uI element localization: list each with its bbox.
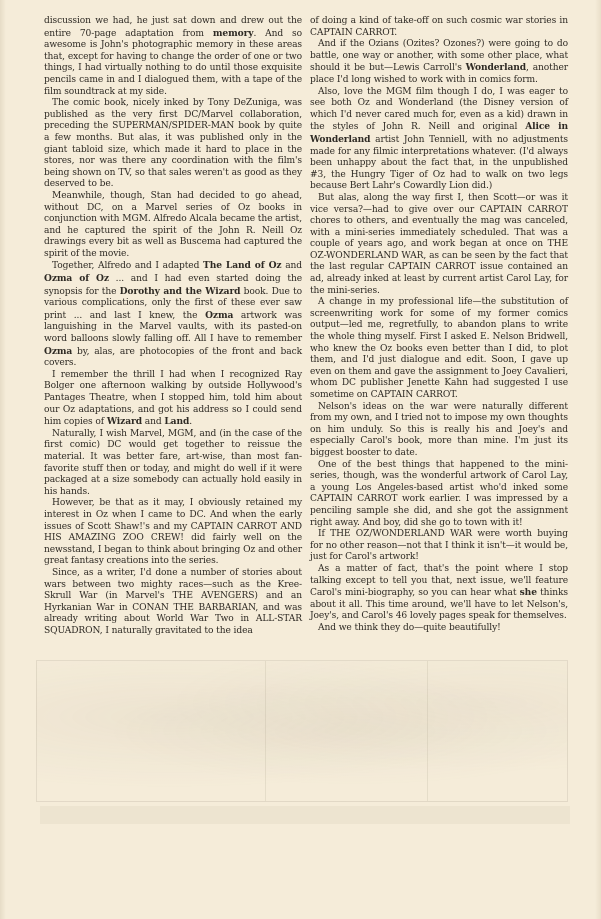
paragraph: discussion we had, he just sat down and … [44,16,302,98]
left-column: discussion we had, he just sat down and … [44,16,302,637]
page-edge-left [0,0,6,919]
bold-title-text: Ozma [205,310,233,321]
bleed-through-panel-divider [427,661,428,801]
bold-title-text: Dorothy and the Wizard [120,286,241,297]
paragraph: As a matter of fact, that's the point wh… [310,564,568,623]
paragraph-text: and [281,261,302,271]
paragraph: One of the best things that happened to … [310,460,568,530]
paragraph-text: Nelson's ideas on the war were naturally… [310,402,568,458]
paragraph-text: But alas, along the way first I, then Sc… [310,193,568,296]
paragraph: Together, Alfredo and I adapted The Land… [44,260,302,369]
article-body: discussion we had, he just sat down and … [44,16,568,637]
paragraph-text: Together, Alfredo and I adapted [52,261,203,271]
paragraph-text: If THE OZ/WONDERLAND WAR were worth buyi… [310,529,568,562]
paragraph-text: A change in my professional life—the sub… [310,297,568,400]
bold-title-text: Ozma [44,346,72,357]
paragraph-text: Naturally, I wish Marvel, MGM, and (in t… [44,429,302,497]
bold-title-text: she [520,587,537,598]
right-column: of doing a kind of take-off on such cosm… [310,16,568,637]
bold-title-text: Ozma of Oz [44,273,109,284]
paragraph-text: And we think they do—quite beautifully! [318,623,501,633]
bleed-through-panel-divider [265,661,266,801]
paragraph: Meanwhile, though, Stan had decided to g… [44,191,302,261]
paragraph: of doing a kind of take-off on such cosm… [310,16,568,39]
paragraph: And we think they do—quite beautifully! [310,623,568,635]
paragraph-text: . [189,417,192,427]
paragraph-text: and [142,417,164,427]
paragraph-text: Meanwhile, though, Stan had decided to g… [44,191,302,259]
bold-title-text: Wizard [107,416,142,427]
paragraph-text: The comic book, nicely inked by Tony DeZ… [44,98,302,189]
paragraph: But alas, along the way first I, then Sc… [310,193,568,297]
bleed-through-artwork [36,660,568,802]
paragraph-text: by, alas, are photocopies of the front a… [44,347,302,369]
paragraph: However, be that as it may, I obviously … [44,498,302,568]
paragraph: Nelson's ideas on the war were naturally… [310,402,568,460]
paragraph: Since, as a writer, I'd done a number of… [44,568,302,638]
paragraph: Also, love the MGM film though I do, I w… [310,87,568,193]
paragraph: Naturally, I wish Marvel, MGM, and (in t… [44,429,302,499]
paragraph-text: Since, as a writer, I'd done a number of… [44,568,302,636]
paragraph: If THE OZ/WONDERLAND WAR were worth buyi… [310,529,568,564]
bleed-through-caption [40,806,570,824]
bold-title-text: The Land of Oz [203,260,281,271]
paragraph: A change in my professional life—the sub… [310,297,568,401]
bold-title-text: memory [213,28,254,39]
paragraph-text: One of the best things that happened to … [310,460,568,528]
paragraph-text: of doing a kind of take-off on such cosm… [310,16,568,38]
paragraph: The comic book, nicely inked by Tony DeZ… [44,98,302,191]
paragraph-text: However, be that as it may, I obviously … [44,498,302,566]
bold-title-text: Land [164,416,189,427]
paragraph: I remember the thrill I had when I recog… [44,370,302,429]
bold-title-text: Wonderland [466,62,526,73]
paragraph: And if the Ozians (Ozites? Ozones?) were… [310,39,568,86]
page-edge-right [595,0,601,919]
